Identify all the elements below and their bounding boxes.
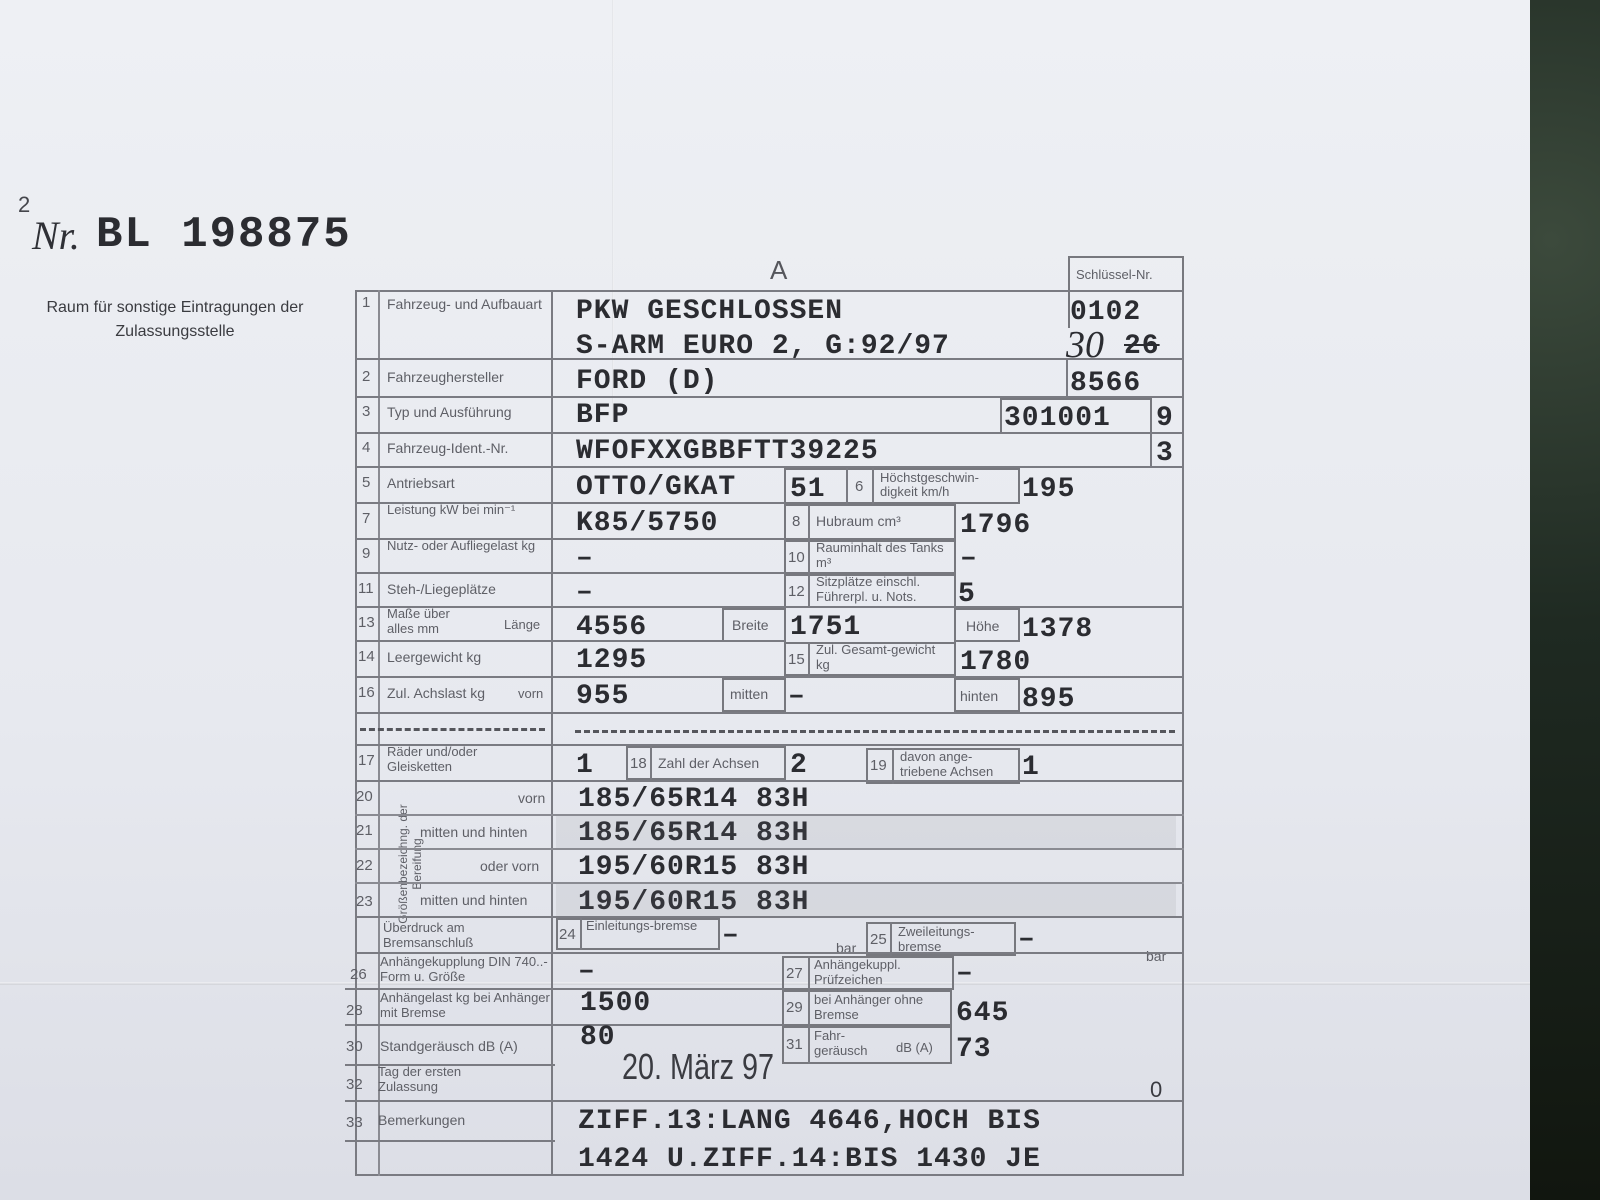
value-power: K85/5750 [576, 508, 718, 539]
rows-r13-sub_height: Höhe [966, 618, 999, 634]
value-standing-places: – [576, 577, 594, 608]
rows-r27-num: 27 [786, 965, 803, 982]
label-manufacturer: Fahrzeughersteller [387, 369, 504, 385]
rows-r10-num: 10 [788, 549, 805, 566]
value-tyre-alt-front: 195/60R15 83H [578, 852, 809, 883]
rows-r5-num: 5 [362, 474, 370, 491]
value-max-speed: 195 [1022, 474, 1075, 505]
key-emission-handwritten: 30 [1066, 323, 1104, 367]
rows-r9-num: 9 [362, 545, 370, 562]
number-prefix: Nr. [32, 212, 80, 259]
value-first-registration-stamp: 20. März 97 [622, 1046, 774, 1088]
value-length: 4556 [576, 612, 647, 643]
rows-r24-num: 24 [559, 926, 576, 943]
value-height: 1378 [1022, 614, 1093, 645]
rows-r31-unit: dB (A) [896, 1040, 933, 1056]
label-stationary-noise: Standgeräusch dB (A) [380, 1038, 518, 1054]
value-trailer-load-unbraked: 645 [956, 998, 1009, 1029]
label-wheels: Räder und/oder Gleisketten [387, 744, 537, 774]
rows-r7-num: 7 [362, 510, 370, 527]
key-manufacturer: 8566 [1070, 368, 1141, 399]
value-trailer-coupling: – [578, 956, 596, 987]
value-displacement: 1796 [960, 510, 1031, 541]
label-empty-weight: Leergewicht kg [387, 649, 481, 665]
value-trailer-load-braked: 1500 [580, 988, 651, 1019]
check-digit-type: 9 [1156, 403, 1174, 434]
rows-r30-num: 30 [346, 1038, 363, 1055]
rows-r13-sub_width: Breite [732, 617, 769, 633]
label-axle-count: Zahl der Achsen [658, 755, 759, 771]
rows-r17-num: 17 [358, 752, 375, 769]
rows-r23-label: mitten und hinten [420, 892, 527, 908]
value-axle-count: 2 [790, 750, 808, 781]
value-dual-line-brake: – [1018, 924, 1036, 955]
separator-dashes [360, 728, 545, 731]
label-driving-noise: Fahr-geräusch [814, 1028, 874, 1058]
number-value: BL 198875 [96, 210, 352, 260]
label-type: Typ und Ausführung [387, 404, 512, 420]
rows-r12-num: 12 [788, 583, 805, 600]
label-dimensions: Maße über alles mm [387, 606, 477, 636]
label-payload: Nutz- oder Aufliegelast kg [387, 538, 547, 553]
value-coupling-test-mark: – [956, 958, 974, 989]
rows-r3-num: 3 [362, 403, 370, 420]
label-driven-axles: davon ange-triebene Achsen [900, 749, 1018, 779]
rows-r25-unit: bar [1146, 948, 1166, 964]
key-drive-type: 51 [790, 474, 826, 505]
rows-r16-num: 16 [358, 684, 375, 701]
value-wheels: 1 [576, 750, 594, 781]
value-driven-axles: 1 [1022, 752, 1040, 783]
label-remarks: Bemerkungen [378, 1112, 465, 1128]
value-remarks-line1: ZIFF.13:LANG 4646,HOCH BIS [578, 1106, 1041, 1137]
value-empty-weight: 1295 [576, 645, 647, 676]
rows-r23-num: 23 [356, 893, 373, 910]
label-max-speed: Höchstgeschwin-digkeit km/h [880, 471, 1016, 499]
value-axle-front: 955 [576, 681, 629, 712]
rows-r13-num: 13 [358, 614, 375, 631]
rows-r32-num: 32 [346, 1076, 363, 1093]
label-standing-places: Steh-/Liegeplätze [387, 581, 496, 597]
value-manufacturer: FORD (D) [576, 366, 718, 397]
rows-r28-num: 28 [346, 1002, 363, 1019]
rows-r21-num: 21 [356, 822, 373, 839]
rows-r20-label: vorn [518, 790, 545, 806]
label-first-registration: Tag der ersten Zulassung [378, 1064, 518, 1094]
rows-r29-num: 29 [786, 999, 803, 1016]
value-remarks-line2: 1424 U.ZIFF.14:BIS 1430 JE [578, 1144, 1041, 1175]
value-vehicle-type: PKW GESCHLOSSEN [576, 296, 843, 327]
rows-r15-num: 15 [788, 651, 805, 668]
office-note: Raum für sonstige Eintragungen der Zulas… [20, 296, 330, 344]
rows-r16-sub_front: vorn [518, 686, 543, 702]
value-vin: WFOFXXGBBFTT39225 [576, 436, 879, 467]
rows-r1-num: 1 [362, 294, 370, 311]
rows-r25-num: 25 [870, 931, 887, 948]
label-drive-type: Antriebsart [387, 475, 455, 491]
key-header: Schlüssel-Nr. [1076, 267, 1153, 283]
background-surface [1530, 0, 1600, 1200]
rows-r14-num: 14 [358, 648, 375, 665]
value-axle-rear: 895 [1022, 684, 1075, 715]
rows-r26-num: 26 [350, 966, 367, 983]
value-driving-noise: 73 [956, 1034, 992, 1065]
label-single-line-brake: Einleitungs-bremse [586, 918, 716, 933]
column-marker: A [770, 255, 787, 286]
label-vin: Fahrzeug-Ident.-Nr. [387, 440, 508, 456]
value-stationary-noise: 80 [580, 1022, 616, 1053]
page-marker: 2 [18, 192, 30, 218]
value-tyre-front: 185/65R14 83H [578, 784, 809, 815]
value-single-line-brake: – [722, 920, 740, 951]
label-brake-pressure: Überdruck am Bremsanschluß [383, 920, 543, 950]
label-dual-line-brake: Zweileitungs-bremse [898, 924, 1014, 954]
label-displacement: Hubraum cm³ [816, 513, 901, 529]
label-axle-load: Zul. Achslast kg [387, 685, 485, 701]
rows-r8-num: 8 [792, 513, 800, 530]
label-seats: Sitzplätze einschl. Führerpl. u. Nots. [816, 574, 956, 604]
rows-r21-label: mitten und hinten [420, 824, 527, 840]
label-power: Leistung kW bei min⁻¹ [387, 502, 537, 517]
label-gross-weight: Zul. Gesamt-gewicht kg [816, 642, 952, 672]
rows-r20-num: 20 [356, 788, 373, 805]
rows-r33-num: 33 [346, 1114, 363, 1131]
label-trailer-load-braked: Anhängelast kg bei Anhänger mit Bremse [380, 990, 550, 1020]
value-tank-volume: – [960, 543, 978, 574]
label-trailer-load-unbraked: bei Anhänger ohne Bremse [814, 992, 950, 1022]
value-payload: – [576, 543, 594, 574]
rows-r4-num: 4 [362, 439, 370, 456]
rows-r19-num: 19 [870, 757, 887, 774]
label-trailer-coupling: Anhängekupplung DIN 740..-Form u. Größe [380, 954, 550, 984]
rows-r31-num: 31 [786, 1036, 803, 1053]
check-digit-vin: 3 [1156, 438, 1174, 469]
rows-r11-num: 11 [358, 580, 374, 597]
rows-r2-num: 2 [362, 368, 370, 385]
registration-document: 2 Nr. BL 198875 Raum für sonstige Eintra… [0, 0, 1530, 1200]
label-tank-volume: Rauminhalt des Tanks m³ [816, 540, 952, 570]
label-coupling-test-mark: Anhängekuppl. Prüfzeichen [814, 957, 950, 987]
rows-r32-marker: 0 [1150, 1082, 1162, 1098]
rows-r22-num: 22 [356, 857, 373, 874]
value-gross-weight: 1780 [960, 647, 1031, 678]
rows-r18-num: 18 [630, 755, 647, 772]
rows-r16-sub_mid: mitten [730, 686, 768, 702]
rows-r22-label: oder vorn [480, 858, 539, 874]
value-axle-mid: – [788, 681, 806, 712]
rows-r16-sub_rear: hinten [960, 688, 998, 704]
value-width: 1751 [790, 612, 861, 643]
label-vehicle-body-type: Fahrzeug- und Aufbauart [387, 296, 547, 312]
key-type: 301001 [1004, 403, 1111, 434]
rows-r13-sub_length: Länge [504, 617, 540, 633]
rows-r6-num: 6 [855, 478, 863, 495]
value-drive-type: OTTO/GKAT [576, 472, 736, 503]
value-type: BFP [576, 400, 629, 431]
key-header-cell: Schlüssel-Nr. [1068, 256, 1184, 292]
